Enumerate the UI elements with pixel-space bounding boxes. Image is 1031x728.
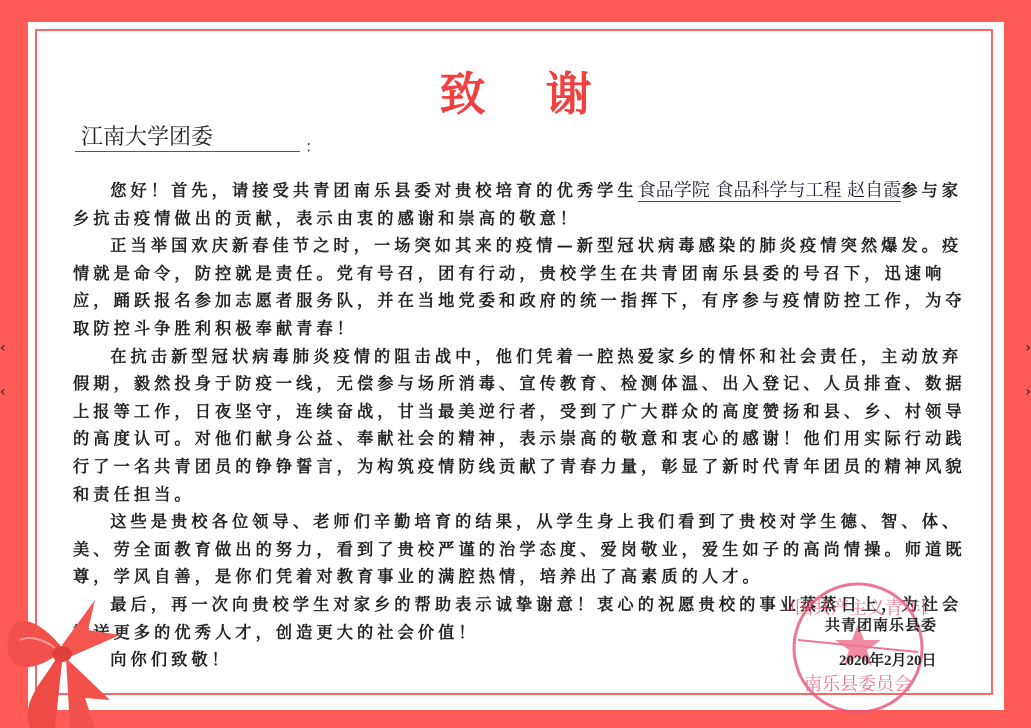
prev-page-arrow[interactable]: ‹ ‹ [0,340,10,400]
addressee-colon: ： [305,134,321,157]
paragraph-2: 正当举国欢庆新春佳节之时，一场突如其来的疫情—新型冠状病毒感染的肺炎疫情突然爆发… [73,232,973,342]
greeting-text: 您好！首先，请接受共青团南乐县委对贵校培育的优秀学生 [110,181,637,200]
next-page-arrow[interactable]: › › [1021,340,1031,400]
signature-date: 2020年2月20日 [839,649,937,670]
student-name-handwritten: 食品学院 食品科学与工程 赵自霞 [638,180,901,202]
addressee-handwritten: 江南大学团委 [75,126,300,152]
chevron-left-icon[interactable]: ‹ [0,384,10,400]
chevron-right-icon[interactable]: › [1025,384,1031,400]
paragraph-3: 在抗击新型冠状病毒肺炎疫情的阻击战中，他们凭着一腔热爱家乡的情怀和社会责任，主动… [73,343,973,509]
chevron-right-icon[interactable]: › [1025,340,1031,356]
chevron-left-icon[interactable]: ‹ [0,340,10,356]
paragraph-greeting: 您好！首先，请接受共青团南乐县委对贵校培育的优秀学生食品学院 食品科学与工程 赵… [73,177,973,232]
signature-block: 共青团南乐县委 2020年2月20日 [825,614,937,670]
signature-organization: 共青团南乐县委 [825,614,937,635]
ribbon-bow-decoration [0,590,130,728]
document-title: 致谢 [0,58,1031,124]
seal-bottom-text: 南乐县委员会 [804,673,912,695]
